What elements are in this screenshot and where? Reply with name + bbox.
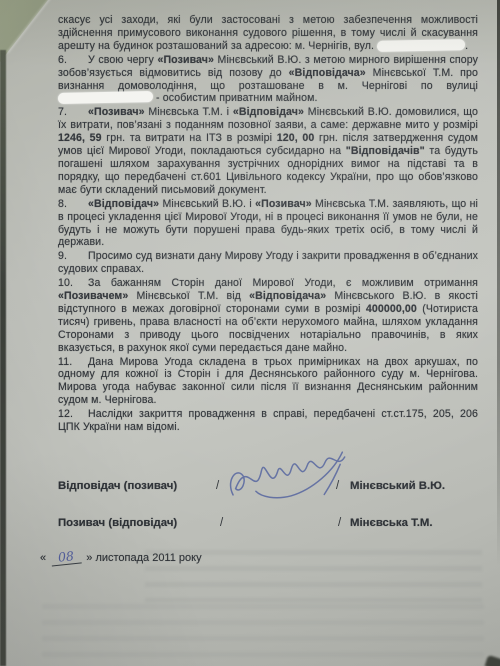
respondent-name: Мінєвський В.Ю. (350, 480, 445, 492)
body-text: - особистим приватним майном. (153, 92, 318, 104)
body-text: За бажанням Сторін даної Мирової Угоди, … (88, 277, 478, 289)
body-text: Дана Мирова Угода складена в трьох примі… (58, 356, 478, 407)
handwritten-signature (222, 447, 353, 510)
body-text: Мінєвська Т.М. і (145, 106, 233, 118)
emphasized-text: «Відповідач» (88, 198, 159, 210)
paragraph-12: 12.Наслідки закриття провадження в справ… (58, 408, 478, 434)
redaction-box (58, 91, 153, 104)
redaction-box (377, 39, 465, 52)
plaintiff-name: Мінєвська Т.М. (350, 517, 433, 529)
emphasized-text: "Відповідачів" (346, 145, 425, 157)
body-text: . (465, 40, 468, 52)
emphasized-text: 120, 00 (277, 132, 315, 144)
signature-slash-close-1: / (336, 480, 339, 492)
emphasized-text: «Позивач» (88, 106, 145, 118)
paragraph-11: 11.Дана Мирова Угода складена в трьох пр… (58, 356, 478, 408)
body-text: Мінєвський В.Ю. і (159, 198, 255, 210)
document-body: скасує усі заходи, які були застосовані … (58, 14, 478, 435)
paragraph-6: 6.У свою чергу «Позивач» Мінєвський В.Ю.… (58, 54, 478, 106)
bleed-through-text (42, 604, 484, 660)
date-open-quote: « (40, 552, 46, 564)
signature-slash-close-2: / (338, 517, 341, 529)
paragraph-number: 12. (58, 408, 88, 421)
emphasized-text: «Відповідача» (249, 290, 326, 302)
paragraph-number: 6. (58, 54, 88, 67)
date-close-quote: » (86, 552, 92, 564)
paper-left-edge-shadow (0, 50, 6, 666)
photo-of-document: скасує усі заходи, які були застосовані … (0, 0, 500, 666)
signature-slash-open-1: / (216, 480, 219, 492)
paragraph-number: 7. (58, 106, 88, 119)
paragraph-8: 8.«Відповідач» Мінєвський В.Ю. і «Позива… (58, 198, 478, 250)
emphasized-text: «Позивач» (255, 198, 312, 210)
paragraph-10: 10.За бажанням Сторін даної Мирової Угод… (58, 277, 478, 354)
paragraph-number: 8. (58, 198, 88, 211)
emphasized-text: 400000,00 (366, 303, 417, 315)
respondent-signature-label: Відповідач (позивач) (58, 480, 177, 492)
body-text: Просимо суд визнати дану Мирову Угоду і … (58, 250, 478, 275)
plaintiff-signature-label: Позивач (відповідач) (58, 517, 177, 529)
body-text: У свою чергу (88, 54, 157, 66)
date-line: « 08 » листопада 2011 року (40, 549, 202, 565)
signature-slash-open-2: / (220, 517, 223, 529)
paragraph-continued: скасує усі заходи, які були застосовані … (58, 14, 478, 53)
emphasized-text: «Позивачем» (58, 290, 128, 302)
handwritten-day: 08 (50, 547, 82, 566)
date-rest: листопада 2011 року (95, 552, 201, 564)
paragraph-9: 9.Просимо суд визнати дану Мирову Угоду … (58, 250, 478, 276)
paragraph-number: 11. (58, 356, 88, 369)
body-text: Мінєвської Т.М. від (128, 290, 249, 302)
paragraph-7: 7.«Позивач» Мінєвська Т.М. і «Відповідач… (58, 106, 478, 196)
body-text: Наслідки закриття провадження в справі, … (58, 408, 478, 433)
emphasized-text: «Відповідача» (289, 67, 366, 79)
emphasized-text: 1246, 59 (58, 132, 102, 144)
paragraph-number: 10. (58, 277, 88, 290)
emphasized-text: «Позивач» (157, 54, 214, 66)
body-text: грн. та витрати на ІТЗ в розмірі (102, 132, 277, 144)
emphasized-text: «Відповідач» (233, 106, 304, 118)
paragraph-number: 9. (58, 250, 88, 263)
